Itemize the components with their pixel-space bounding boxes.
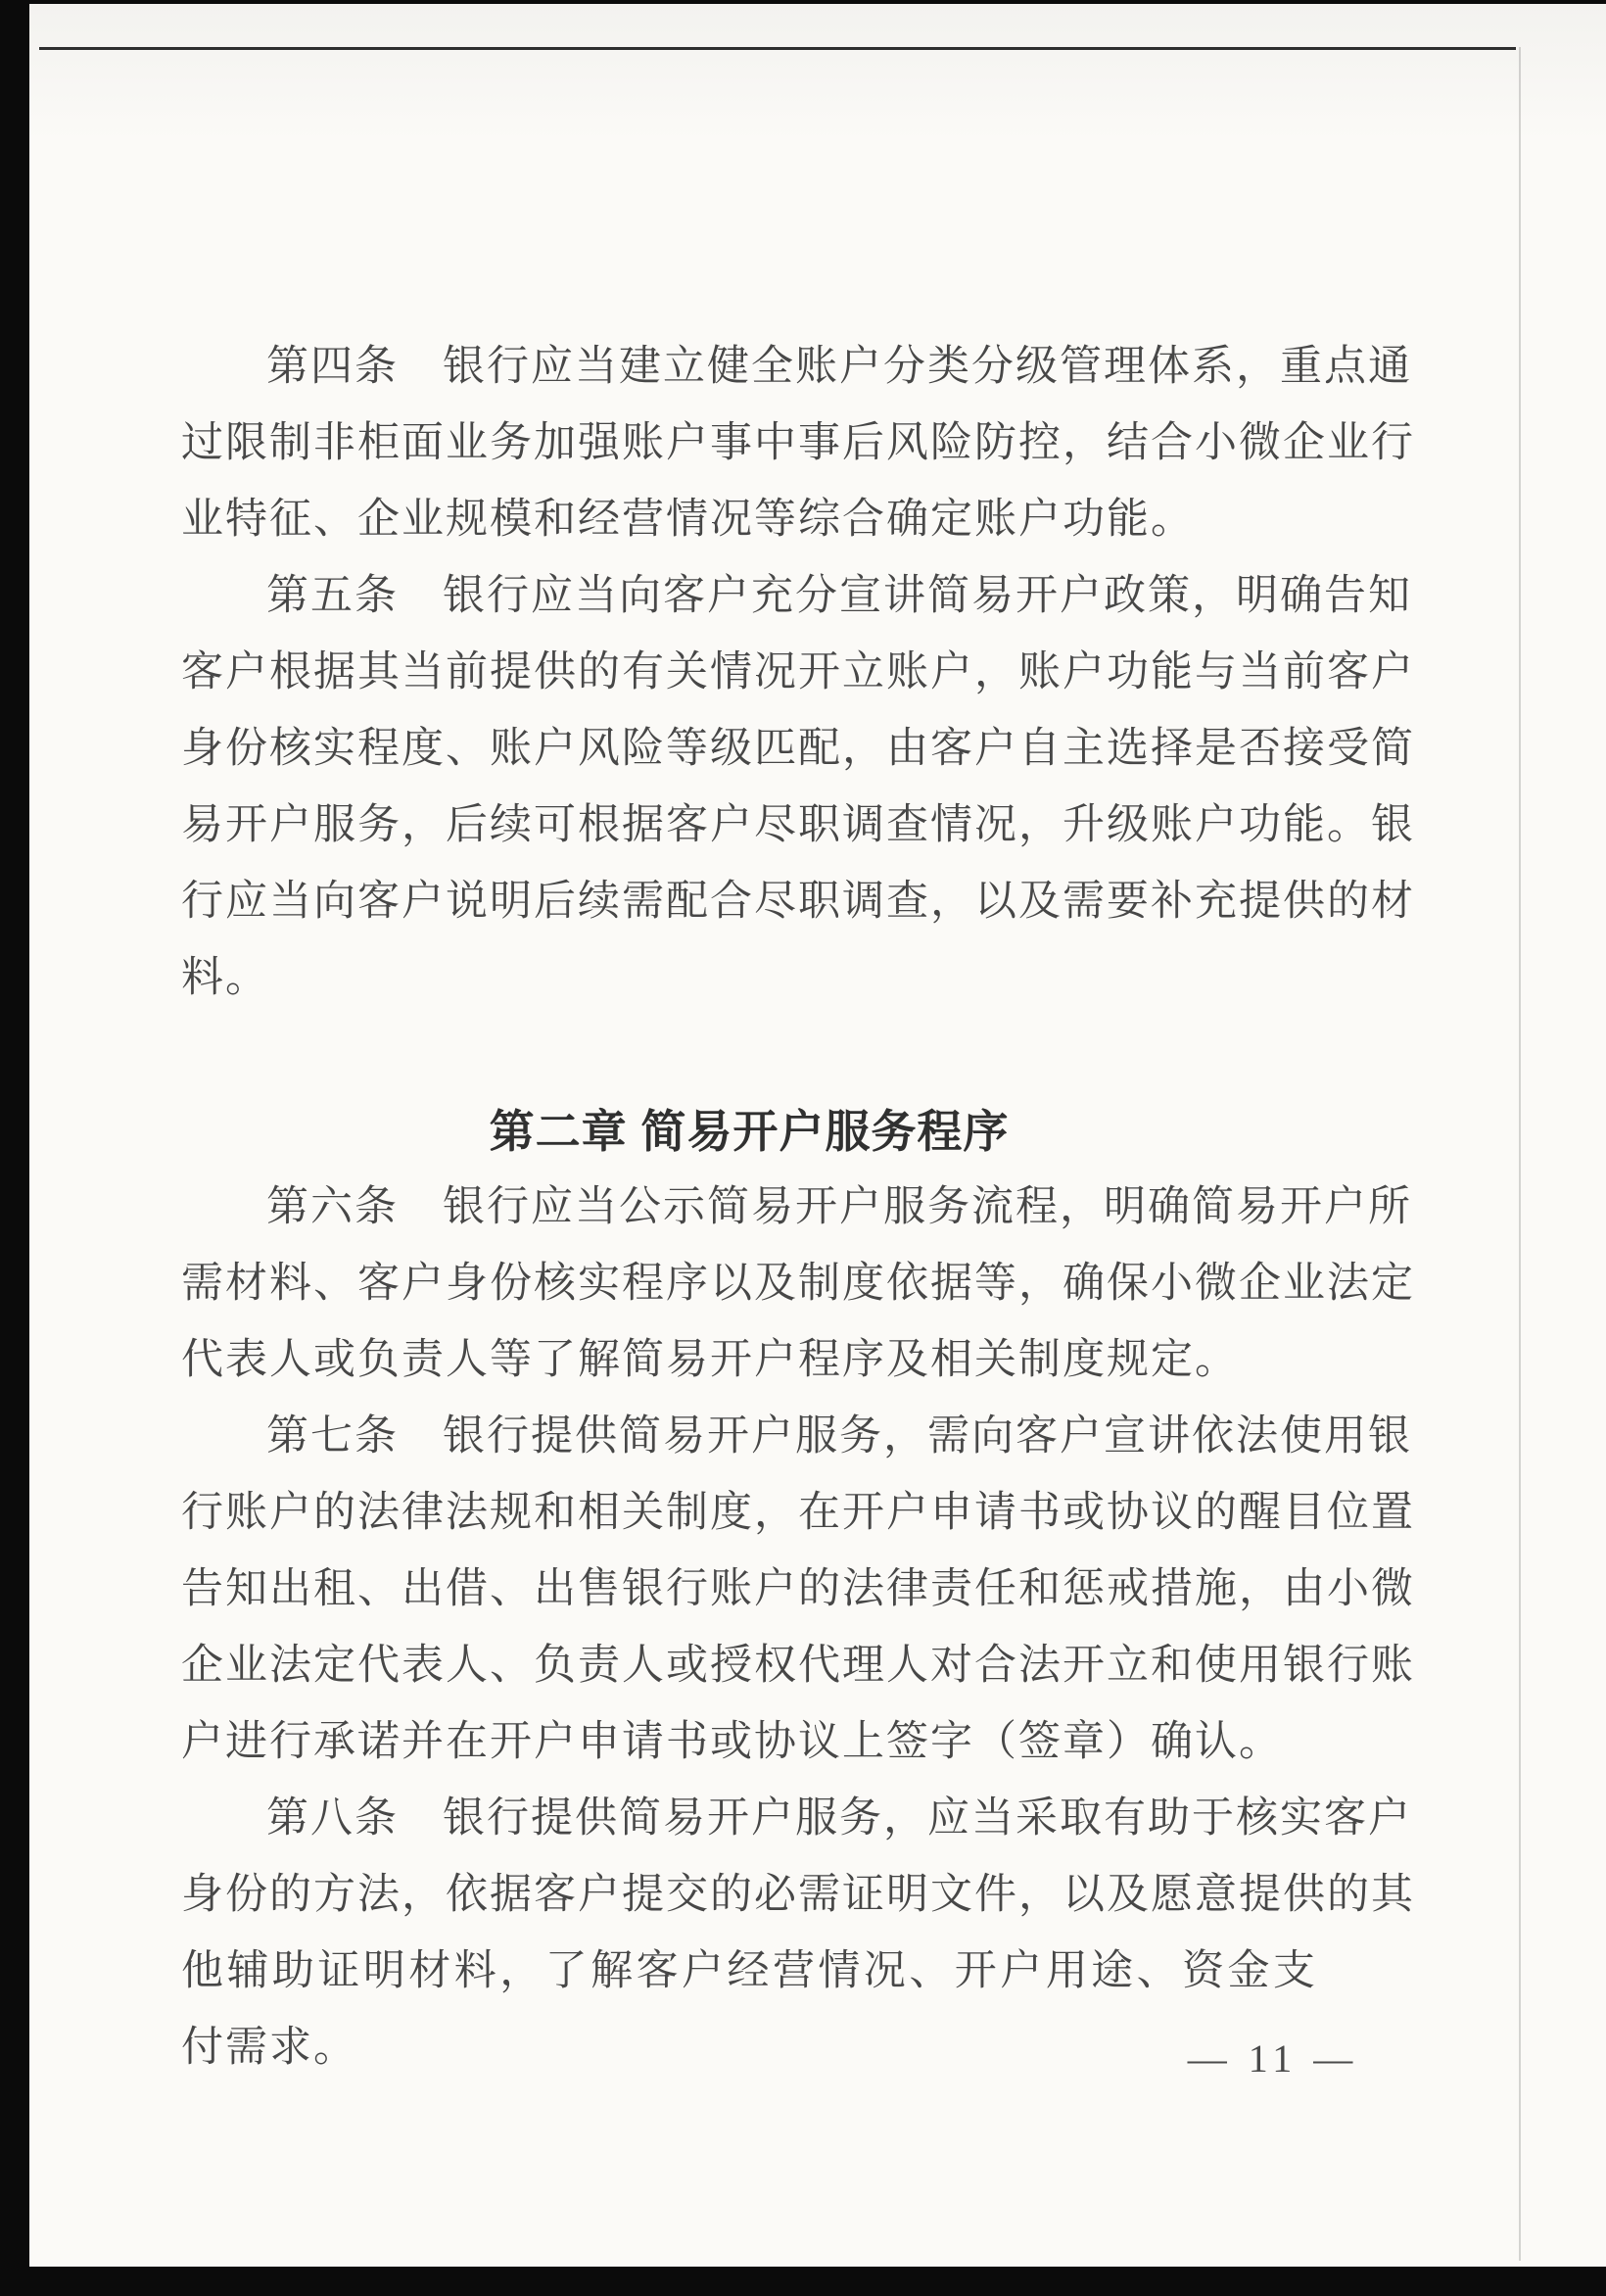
body-line: 行账户的法律法规和相关制度，在开户申请书或协议的醒目位置 <box>181 1475 1317 1552</box>
body-line: 客户根据其当前提供的有关情况开立账户，账户功能与当前客户 <box>181 635 1317 711</box>
body-line: 第八条 银行提供简易开户服务，应当采取有助于核实客户 <box>181 1781 1317 1857</box>
blank-line <box>181 1017 1317 1093</box>
page-number: — 11 — <box>1165 2030 1381 2088</box>
body-line: 户进行承诺并在开户申请书或协议上签字（签章）确认。 <box>181 1704 1317 1781</box>
body-line: 告知出租、出借、出售银行账户的法律责任和惩戒措施，由小微 <box>181 1552 1317 1628</box>
page-edge-line <box>1519 47 1521 2261</box>
body-line: 业特征、企业规模和经营情况等综合确定账户功能。 <box>181 482 1317 558</box>
body-line: 行应当向客户说明后续需配合尽职调查，以及需要补充提供的材 <box>181 864 1317 940</box>
body-line: 易开户服务，后续可根据客户尽职调查情况，升级账户功能。银 <box>181 788 1317 864</box>
header-rule-line <box>39 47 1516 50</box>
document-page: 第四条 银行应当建立健全账户分类分级管理体系，重点通 过限制非柜面业务加强账户事… <box>29 4 1606 2267</box>
body-line: 第五条 银行应当向客户充分宣讲简易开户政策，明确告知 <box>181 558 1317 635</box>
document-body: 第四条 银行应当建立健全账户分类分级管理体系，重点通 过限制非柜面业务加强账户事… <box>181 329 1317 2010</box>
body-line: 身份的方法，依据客户提交的必需证明文件，以及愿意提供的其 <box>181 1857 1317 1934</box>
body-line: 第四条 银行应当建立健全账户分类分级管理体系，重点通 <box>181 329 1317 406</box>
body-line: 身份核实程度、账户风险等级匹配，由客户自主选择是否接受简 <box>181 711 1317 788</box>
scan-background: 第四条 银行应当建立健全账户分类分级管理体系，重点通 过限制非柜面业务加强账户事… <box>0 0 1606 2296</box>
body-line: 第六条 银行应当公示简易开户服务流程，明确简易开户所 <box>181 1170 1317 1246</box>
body-line: 企业法定代表人、负责人或授权代理人对合法开立和使用银行账 <box>181 1628 1317 1704</box>
body-line: 代表人或负责人等了解简易开户程序及相关制度规定。 <box>181 1322 1317 1399</box>
body-line: 料。 <box>181 940 1317 1017</box>
body-line: 第七条 银行提供简易开户服务，需向客户宣讲依法使用银 <box>181 1399 1317 1475</box>
body-line: 他辅助证明材料，了解客户经营情况、开户用途、资金支付需求。 <box>181 1934 1317 2010</box>
body-line: 过限制非柜面业务加强账户事中事后风险防控，结合小微企业行 <box>181 406 1317 482</box>
chapter-heading: 第二章 简易开户服务程序 <box>181 1093 1317 1170</box>
body-line: 需材料、客户身份核实程序以及制度依据等，确保小微企业法定 <box>181 1246 1317 1322</box>
